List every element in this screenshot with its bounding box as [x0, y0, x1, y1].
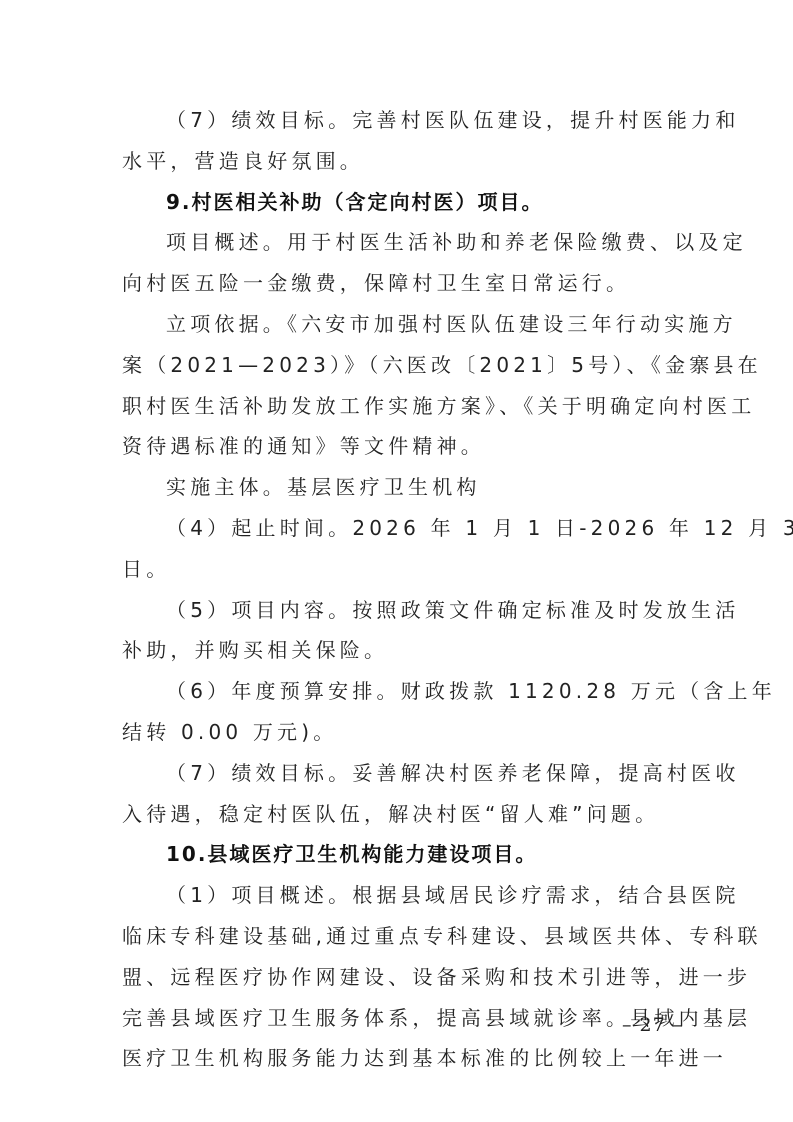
paragraph-line: 水平，营造良好氛围。	[122, 141, 674, 182]
paragraph-line: 项目概述。用于村医生活补助和养老保险缴费、以及定	[122, 222, 674, 263]
paragraph-line: 盟、远程医疗协作网建设、设备采购和技术引进等，进一步	[122, 957, 674, 998]
paragraph-line: 日。	[122, 549, 674, 590]
paragraph-line: （1）项目概述。根据县域居民诊疗需求，结合县医院	[122, 875, 674, 916]
paragraph-line: 立项依据。《六安市加强村医队伍建设三年行动实施方	[122, 304, 674, 345]
paragraph-line: 向村医五险一金缴费，保障村卫生室日常运行。	[122, 263, 674, 304]
paragraph-line: 入待遇，稳定村医队伍，解决村医“留人难”问题。	[122, 794, 674, 835]
section-heading-9: 9.村医相关补助（含定向村医）项目。	[122, 182, 674, 223]
paragraph-line: 实施主体。基层医疗卫生机构	[122, 467, 674, 508]
paragraph-line: （7）绩效目标。完善村医队伍建设，提升村医能力和	[122, 100, 674, 141]
paragraph-line: 职村医生活补助发放工作实施方案》、《关于明确定向村医工	[122, 386, 674, 427]
paragraph-line: 临床专科建设基础,通过重点专科建设、县域医共体、专科联	[122, 916, 674, 957]
paragraph-line: 案（2021—2023）》（六医改〔2021〕5号）、《金寨县在	[122, 345, 674, 386]
paragraph-line: （7）绩效目标。妥善解决村医养老保障，提高村医收	[122, 753, 674, 794]
paragraph-line: 医疗卫生机构服务能力达到基本标准的比例较上一年进一	[122, 1038, 674, 1079]
paragraph-line: （4）起止时间。2026 年 1 月 1 日-2026 年 12 月 31	[122, 508, 674, 549]
section-heading-10: 10.县域医疗卫生机构能力建设项目。	[122, 834, 674, 875]
document-page: （7）绩效目标。完善村医队伍建设，提升村医能力和 水平，营造良好氛围。 9.村医…	[122, 100, 674, 1079]
paragraph-line: 结转 0.00 万元)。	[122, 712, 674, 753]
paragraph-line: 资待遇标准的通知》等文件精神。	[122, 426, 674, 467]
paragraph-line: （6）年度预算安排。财政拨款 1120.28 万元（含上年	[122, 671, 674, 712]
paragraph-line: （5）项目内容。按照政策文件确定标准及时发放生活	[122, 590, 674, 631]
page-number: – 27 –	[622, 1014, 683, 1036]
paragraph-line: 补助，并购买相关保险。	[122, 630, 674, 671]
paragraph-line: 完善县域医疗卫生服务体系，提高县域就诊率。县域内基层	[122, 998, 674, 1039]
